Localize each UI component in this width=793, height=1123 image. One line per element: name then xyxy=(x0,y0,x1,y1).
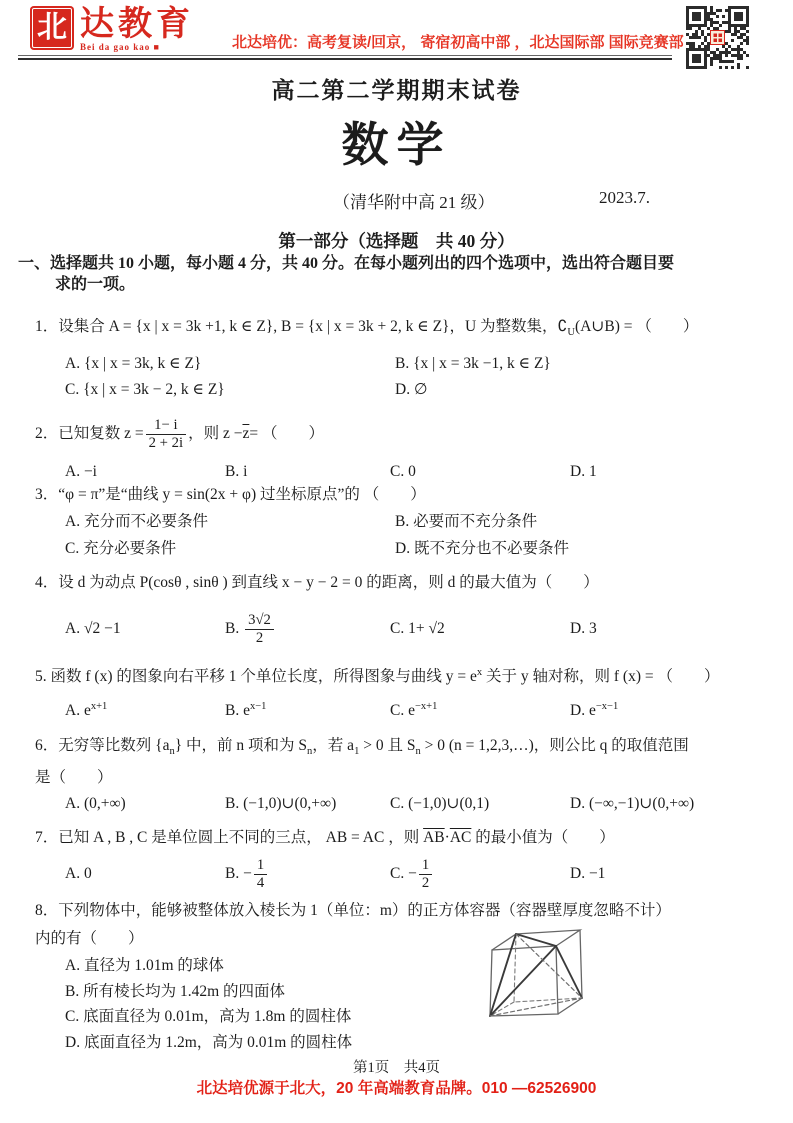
question-5-option-c: C. e−x+1 xyxy=(390,695,570,723)
question-5-option-a: A. ex+1 xyxy=(65,695,225,723)
question-4-option-d: D. 3 xyxy=(570,617,597,641)
question-3-option-d: D. 既不充分也不必要条件 xyxy=(395,537,725,561)
question-6-option-d: D. (−∞,−1)∪(0,+∞) xyxy=(570,792,694,816)
question-4-option-c: C. 1+ √2 xyxy=(390,617,570,641)
question-6: 6．无穷等比数列 {an} 中，前 n 项和为 Sn，若 a1 > 0 且 Sn… xyxy=(35,731,775,816)
question-8-stem: 8．下列物体中，能够被整体放入棱长为 1（单位：m）的正方体容器（容器壁厚度忽略… xyxy=(35,897,775,953)
section-instructions: 一、选择题共 10 小题，每小题 4 分，共 40 分。在每小题列出的四个选项中… xyxy=(18,253,778,295)
question-5-option-d: D. e−x−1 xyxy=(570,695,618,723)
brand-logo: 北 达教育 Bei da gao kao ■ xyxy=(30,6,194,52)
question-6-stem: 6．无穷等比数列 {an} 中，前 n 项和为 Sn，若 a1 > 0 且 Sn… xyxy=(35,731,775,766)
cube-tetrahedron-figure xyxy=(478,922,596,1030)
question-3-option-a: A. 充分而不必要条件 xyxy=(65,510,395,534)
school-label: （清华附中高 21 级） xyxy=(333,188,495,213)
question-8-option-d: D. 底面直径为 1.2m，高为 0.01m 的圆柱体 xyxy=(35,1030,775,1056)
question-7: 7．已知 A , B , C 是单位圆上不同的三点， AB = AC ，则 AB… xyxy=(35,826,775,896)
question-4-stem: 4．设 d 为动点 P(cosθ , sinθ ) 到直线 x − y − 2 … xyxy=(35,571,775,595)
question-2-stem: 2．已知复数 z = 1− i2 + 2i ，则 z − z = （ ） xyxy=(35,410,775,458)
question-8-option-c: C. 底面直径为 0.01m，高为 1.8m 的圆柱体 xyxy=(35,1004,775,1030)
question-1-option-d: D. ∅ xyxy=(395,378,725,402)
part1-heading: 第一部分（选择题 共 40 分） xyxy=(0,228,793,253)
question-5-stem: 5. 函数 f (x) 的图象向右平移 1 个单位长度，所得图象与曲线 y = … xyxy=(35,661,775,689)
question-1-option-c: C. {x | x = 3k − 2, k ∈ Z} xyxy=(65,378,395,402)
question-7-option-d: D. −1 xyxy=(570,862,605,886)
question-2-option-a: A. −i xyxy=(65,460,225,484)
page-number: 第1页 共4页 xyxy=(0,1056,793,1077)
question-7-option-c: C. −12 xyxy=(390,857,570,892)
question-5: 5. 函数 f (x) 的图象向右平移 1 个单位长度，所得图象与曲线 y = … xyxy=(35,661,775,723)
question-1-option-a: A. {x | x = 3k, k ∈ Z} xyxy=(65,352,395,376)
question-6-option-a: A. (0,+∞) xyxy=(65,792,225,816)
question-2-option-c: C. 0 xyxy=(390,460,570,484)
brand-logo-text: 达教育 xyxy=(80,6,194,44)
question-7-option-a: A. 0 xyxy=(65,862,225,886)
question-1: 1．设集合 A = {x | x = 3k +1, k ∈ Z}, B = {x… xyxy=(35,310,775,402)
question-8-option-a: A. 直径为 1.01m 的球体 xyxy=(35,953,775,979)
exam-page: 北 达教育 Bei da gao kao ■ 北达培优：高考复读/回京， 寄宿初… xyxy=(0,0,793,1123)
question-3-option-c: C. 充分必要条件 xyxy=(65,537,395,561)
question-4: 4．设 d 为动点 P(cosθ , sinθ ) 到直线 x − y − 2 … xyxy=(35,571,775,651)
question-3-stem: 3．“φ = π”是“曲线 y = sin(2x + φ) 过坐标原点”的 （ … xyxy=(35,483,775,507)
question-4-option-a: A. √2 −1 xyxy=(65,617,225,641)
question-2-option-d: D. 1 xyxy=(570,460,597,484)
subject-title: 数学 xyxy=(0,108,793,175)
question-6-stem-line2: 是（ ） xyxy=(35,766,775,790)
question-8: 8．下列物体中，能够被整体放入棱长为 1（单位：m）的正方体容器（容器壁厚度忽略… xyxy=(35,897,775,1055)
question-1-stem: 1．设集合 A = {x | x = 3k +1, k ∈ Z}, B = {x… xyxy=(35,310,775,350)
exam-title: 高二第二学期期末试卷 xyxy=(0,72,793,105)
question-6-option-b: B. (−1,0)∪(0,+∞) xyxy=(225,792,390,816)
question-7-option-b: B. −14 xyxy=(225,857,390,892)
brand-seal-icon: 北 xyxy=(30,6,74,50)
header-slogan: 北达培优：高考复读/回京， 寄宿初高中部 ，北达国际部 国际竞赛部 xyxy=(232,31,684,52)
question-6-option-c: C. (−1,0)∪(0,1) xyxy=(390,792,570,816)
question-8-option-b: B. 所有棱长均为 1.42m 的四面体 xyxy=(35,979,775,1005)
footer-slogan: 北达培优源于北大，20 年高端教育品牌。010 —62526900 xyxy=(0,1076,793,1098)
question-3: 3．“φ = π”是“曲线 y = sin(2x + φ) 过坐标原点”的 （ … xyxy=(35,483,775,561)
header-divider xyxy=(18,55,672,60)
question-5-option-b: B. ex−1 xyxy=(225,695,390,723)
question-2: 2．已知复数 z = 1− i2 + 2i ，则 z − z = （ ） A. … xyxy=(35,410,775,484)
question-4-option-b: B. 3√22 xyxy=(225,612,390,647)
question-1-option-b: B. {x | x = 3k −1, k ∈ Z} xyxy=(395,352,725,376)
exam-date: 2023.7. xyxy=(599,188,650,208)
qr-code-icon xyxy=(686,6,749,69)
question-7-stem: 7．已知 A , B , C 是单位圆上不同的三点， AB = AC ，则 AB… xyxy=(35,826,775,850)
question-3-option-b: B. 必要而不充分条件 xyxy=(395,510,725,534)
question-2-option-b: B. i xyxy=(225,460,390,484)
